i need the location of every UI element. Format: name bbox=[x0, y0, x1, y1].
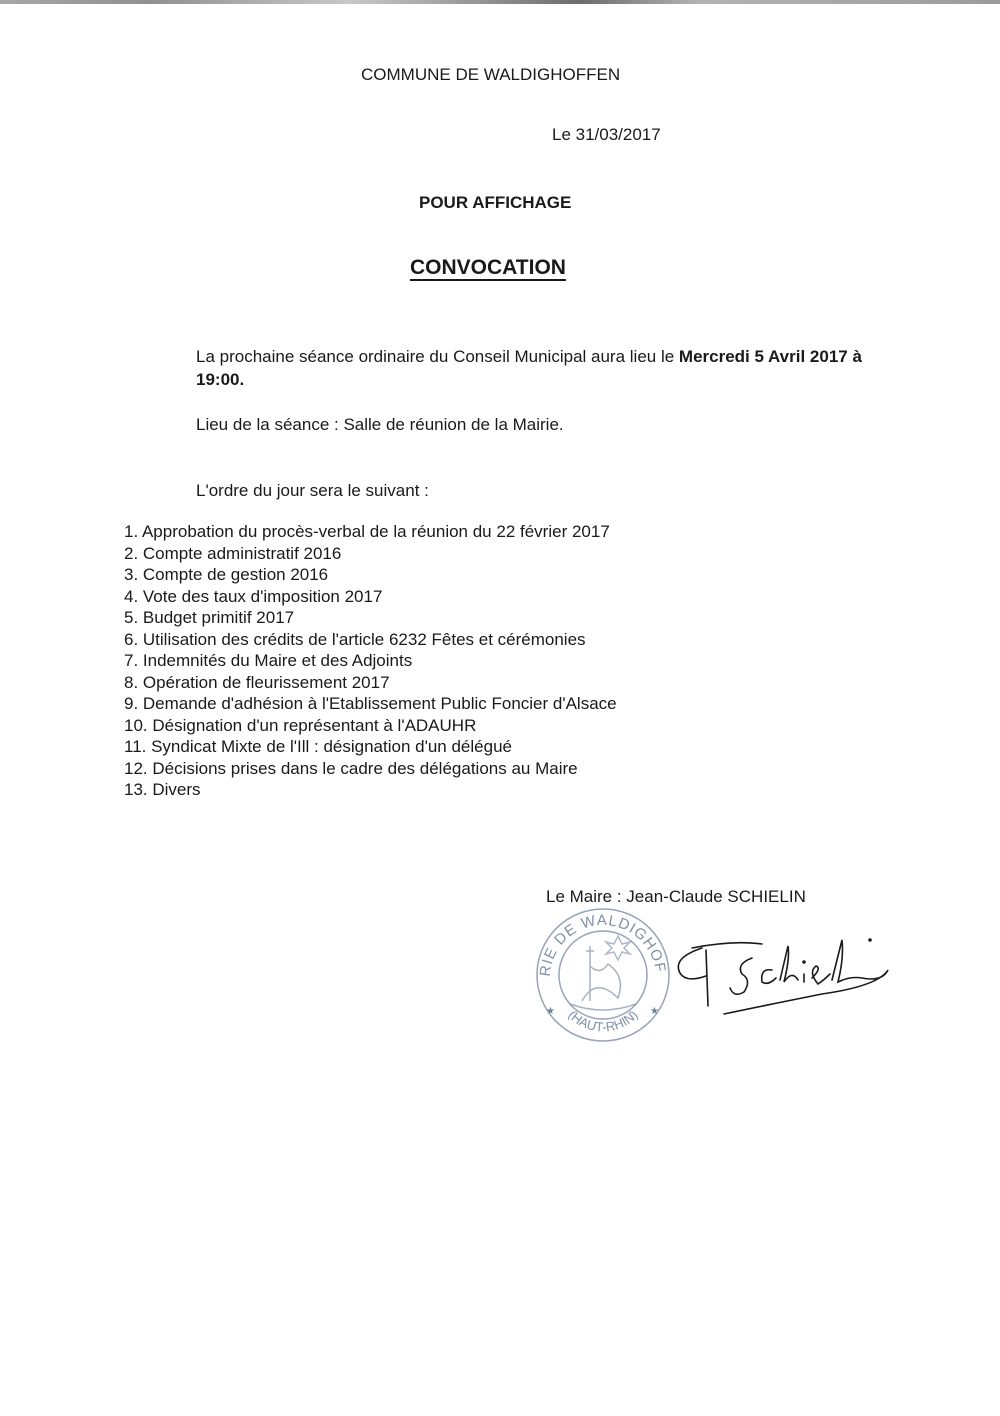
agenda-item: 11. Syndicat Mixte de l'Ill : désignatio… bbox=[124, 736, 617, 758]
stamp-star-icon: ★ bbox=[650, 1006, 659, 1017]
svg-text:(HAUT-RHIN): (HAUT-RHIN) bbox=[565, 1007, 640, 1034]
stamp-top-text: MAIRIE DE WALDIGHOFFEN bbox=[530, 906, 669, 977]
agenda-item: 3. Compte de gestion 2016 bbox=[124, 564, 617, 586]
intro-text: La prochaine séance ordinaire du Conseil… bbox=[196, 347, 679, 366]
agenda-item: 8. Opération de fleurissement 2017 bbox=[124, 672, 617, 694]
stamp-star-icon: ★ bbox=[546, 1006, 555, 1017]
agenda-item: 9. Demande d'adhésion à l'Etablissement … bbox=[124, 693, 617, 715]
agenda-item: 6. Utilisation des crédits de l'article … bbox=[124, 629, 617, 651]
handwritten-signature-icon bbox=[672, 918, 902, 1028]
agenda-item: 7. Indemnités du Maire et des Adjoints bbox=[124, 650, 617, 672]
signatory-name: Le Maire : Jean-Claude SCHIELIN bbox=[546, 887, 806, 907]
agenda-item: 13. Divers bbox=[124, 779, 617, 801]
agenda-item: 1. Approbation du procès-verbal de la ré… bbox=[124, 521, 617, 543]
scan-edge bbox=[0, 0, 1000, 4]
agenda-item: 4. Vote des taux d'imposition 2017 bbox=[124, 586, 617, 608]
agenda-item: 12. Décisions prises dans le cadre des d… bbox=[124, 758, 617, 780]
agenda-intro: L'ordre du jour sera le suivant : bbox=[196, 481, 429, 501]
official-stamp-icon: MAIRIE DE WALDIGHOFFEN (HAUT-RHIN) ★ ★ bbox=[530, 906, 676, 1044]
meeting-announcement: La prochaine séance ordinaire du Conseil… bbox=[196, 345, 876, 391]
document-title: CONVOCATION bbox=[410, 256, 574, 280]
commune-name: COMMUNE DE WALDIGHOFFEN bbox=[361, 65, 620, 85]
agenda-item: 2. Compte administratif 2016 bbox=[124, 543, 617, 565]
document-date: Le 31/03/2017 bbox=[552, 125, 661, 145]
posting-label: POUR AFFICHAGE bbox=[419, 193, 571, 213]
stamp-bottom-text: (HAUT-RHIN) bbox=[565, 1007, 640, 1034]
svg-text:MAIRIE DE WALDIGHOFFEN: MAIRIE DE WALDIGHOFFEN bbox=[530, 906, 669, 977]
agenda-item: 5. Budget primitif 2017 bbox=[124, 607, 617, 629]
agenda-list: 1. Approbation du procès-verbal de la ré… bbox=[124, 521, 617, 801]
meeting-location: Lieu de la séance : Salle de réunion de … bbox=[196, 415, 564, 435]
agenda-item: 10. Désignation d'un représentant à l'AD… bbox=[124, 715, 617, 737]
